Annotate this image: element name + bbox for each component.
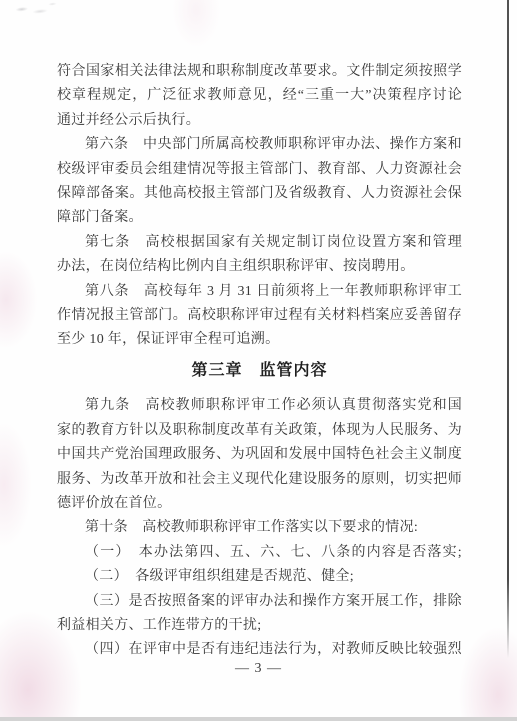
list-item-line: 利益相关方、工作连带方的干扰; xyxy=(57,614,462,638)
text-line: 作情况报主管部门。高校职称评审过程有关材料档案应妥善留存 xyxy=(57,304,462,328)
list-item-line: （一） 本办法第四、五、六、七、八条的内容是否落实; xyxy=(57,541,462,565)
scanned-document-page: 符合国家相关法律法规和职称制度改革要求。文件制定须按照学 校章程规定，广泛征求教… xyxy=(0,0,517,721)
text-line: 家的教育方针以及职称制度改革有关政策，体现为人民服务、为 xyxy=(57,419,462,443)
page-number: — 3 — xyxy=(0,661,517,677)
text-line: 第十条 高校教师职称评审工作落实以下要求的情况: xyxy=(57,516,462,540)
text-line: 校级评审委员会组建情况等报主管部门、教育部、人力资源社会 xyxy=(57,158,462,182)
text-line: 保障部备案。其他高校报主管部门及省级教育、人力资源社会保 xyxy=(57,182,462,206)
text-line: 第九条 高校教师职称评审工作必须认真贯彻落实党和国 xyxy=(57,394,462,418)
scan-edge-line xyxy=(507,0,509,658)
text-line: 符合国家相关法律法规和职称制度改革要求。文件制定须按照学 xyxy=(57,60,462,84)
text-line: 办法，在岗位结构比例内自主组织职称评审、按岗聘用。 xyxy=(57,255,462,279)
text-line: 德评价放在首位。 xyxy=(57,492,462,516)
document-body: 符合国家相关法律法规和职称制度改革要求。文件制定须按照学 校章程规定，广泛征求教… xyxy=(57,60,462,663)
scan-bottom-edge xyxy=(0,717,517,721)
text-line: 通过并经公示后执行。 xyxy=(57,109,462,133)
text-line: 障部门备案。 xyxy=(57,206,462,230)
list-item-line: （二） 各级评审组织组建是否规范、健全; xyxy=(57,565,462,589)
text-line: 服务、为改革开放和社会主义现代化建设服务的原则，切实把师 xyxy=(57,468,462,492)
text-line: 校章程规定，广泛征求教师意见，经“三重一大”决策程序讨论 xyxy=(57,84,462,108)
scan-speckle-mark xyxy=(9,1,58,21)
text-line: 第六条 中央部门所属高校教师职称评审办法、操作方案和 xyxy=(57,133,462,157)
text-line: 第八条 高校每年 3 月 31 日前须将上一年教师职称评审工 xyxy=(57,280,462,304)
text-line: 第七条 高校根据国家有关规定制订岗位设置方案和管理 xyxy=(57,231,462,255)
text-line: 中国共产党治国理政服务、为巩固和发展中国特色社会主义制度 xyxy=(57,443,462,467)
text-line: 至少 10 年，保证评审全程可追溯。 xyxy=(57,328,462,352)
list-item-line: （三）是否按照备案的评审办法和操作方案开展工作，排除 xyxy=(57,590,462,614)
list-item-line: （四）在评审中是否有违纪违法行为，对教师反映比较强烈 xyxy=(57,638,462,662)
chapter-heading: 第三章 监管内容 xyxy=(57,359,462,383)
